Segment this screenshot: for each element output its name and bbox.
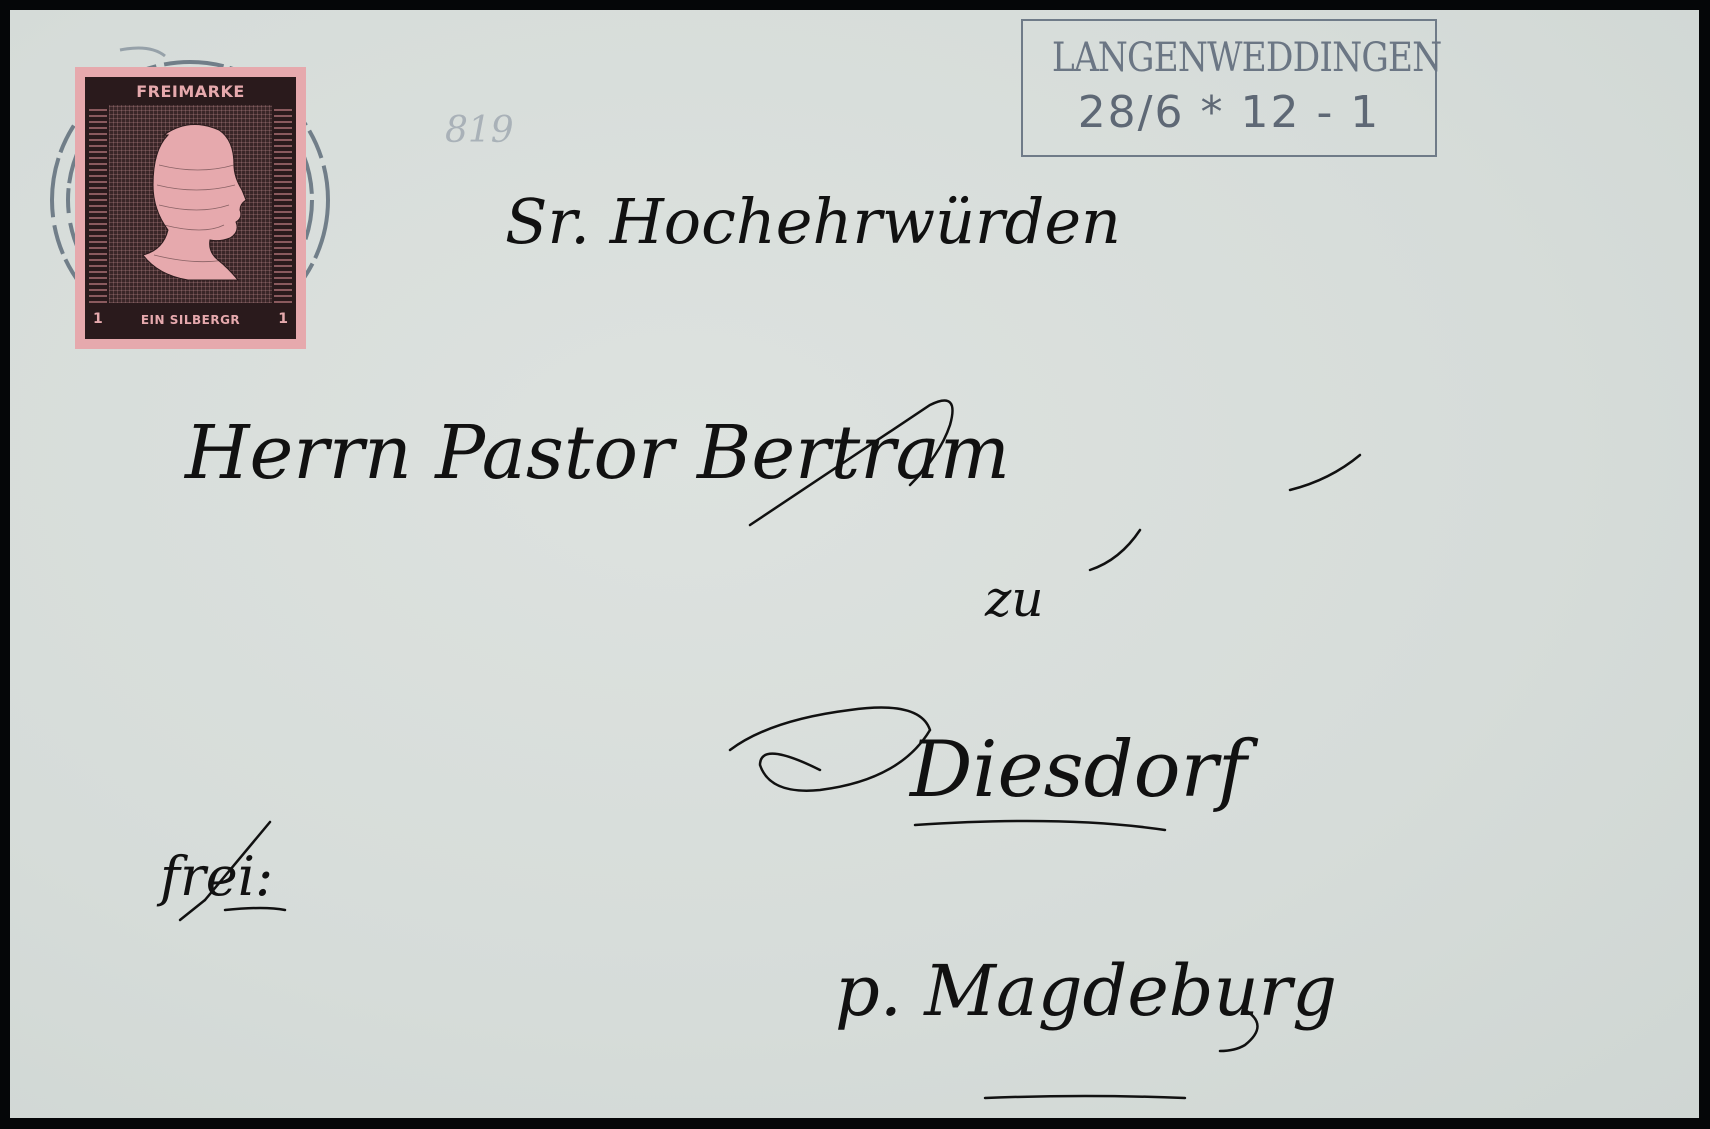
envelope: FREIMARKE 1 EIN SILBERGR 1 — [10, 10, 1699, 1118]
handwriting-flourishes-icon — [10, 10, 1699, 1118]
